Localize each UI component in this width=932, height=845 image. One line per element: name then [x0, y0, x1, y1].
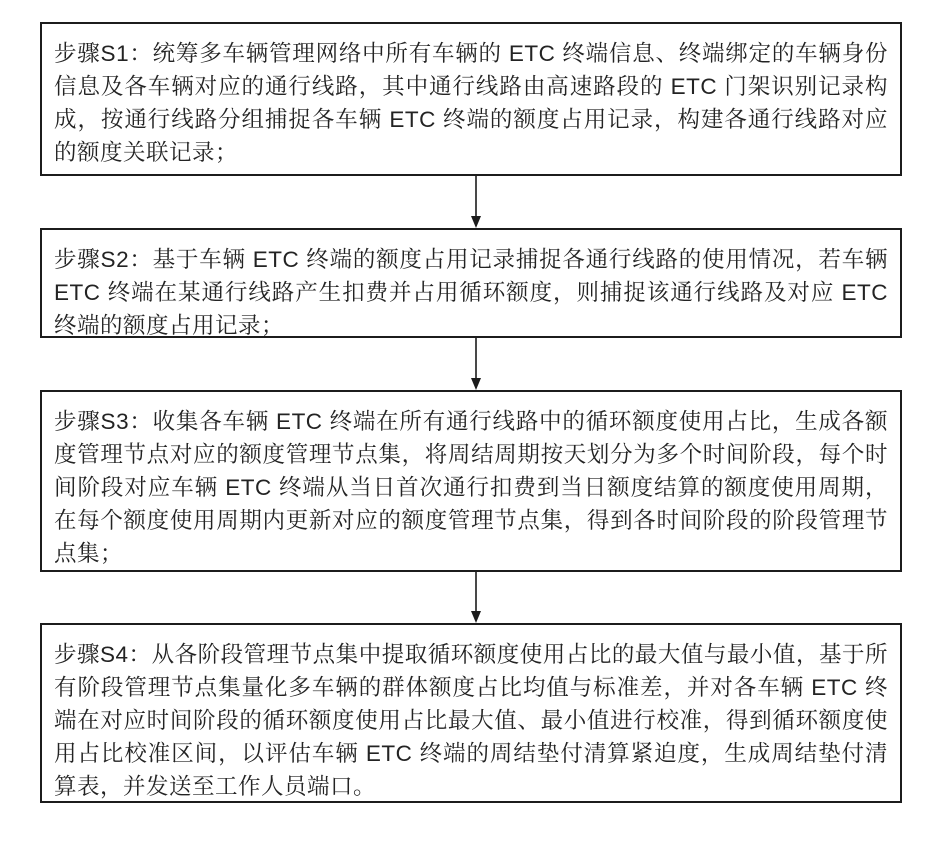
arrow-down-icon [467, 338, 485, 390]
flow-arrow-down-3 [467, 572, 485, 623]
step-box-s4: 步骤S4：从各阶段管理节点集中提取循环额度使用占比的最大值与最小值，基于所有阶段… [40, 623, 902, 803]
step-box-s3: 步骤S3：收集各车辆 ETC 终端在所有通行线路中的循环额度使用占比，生成各额度… [40, 390, 902, 572]
step-box-s1: 步骤S1：统筹多车辆管理网络中所有车辆的 ETC 终端信息、终端绑定的车辆身份信… [40, 22, 902, 176]
step-s2-text: 步骤S2：基于车辆 ETC 终端的额度占用记录捕捉各通行线路的使用情况，若车辆 … [54, 243, 888, 342]
flowchart-diagram: 步骤S1：统筹多车辆管理网络中所有车辆的 ETC 终端信息、终端绑定的车辆身份信… [0, 0, 932, 845]
flow-arrow-down-2 [467, 338, 485, 390]
step-s4-text: 步骤S4：从各阶段管理节点集中提取循环额度使用占比的最大值与最小值，基于所有阶段… [54, 638, 888, 803]
flow-arrow-down-1 [467, 176, 485, 228]
step-box-s2: 步骤S2：基于车辆 ETC 终端的额度占用记录捕捉各通行线路的使用情况，若车辆 … [40, 228, 902, 338]
step-s1-text: 步骤S1：统筹多车辆管理网络中所有车辆的 ETC 终端信息、终端绑定的车辆身份信… [54, 37, 888, 169]
arrow-down-icon [467, 572, 485, 623]
step-s3-text: 步骤S3：收集各车辆 ETC 终端在所有通行线路中的循环额度使用占比，生成各额度… [54, 405, 888, 570]
arrow-down-icon [467, 176, 485, 228]
